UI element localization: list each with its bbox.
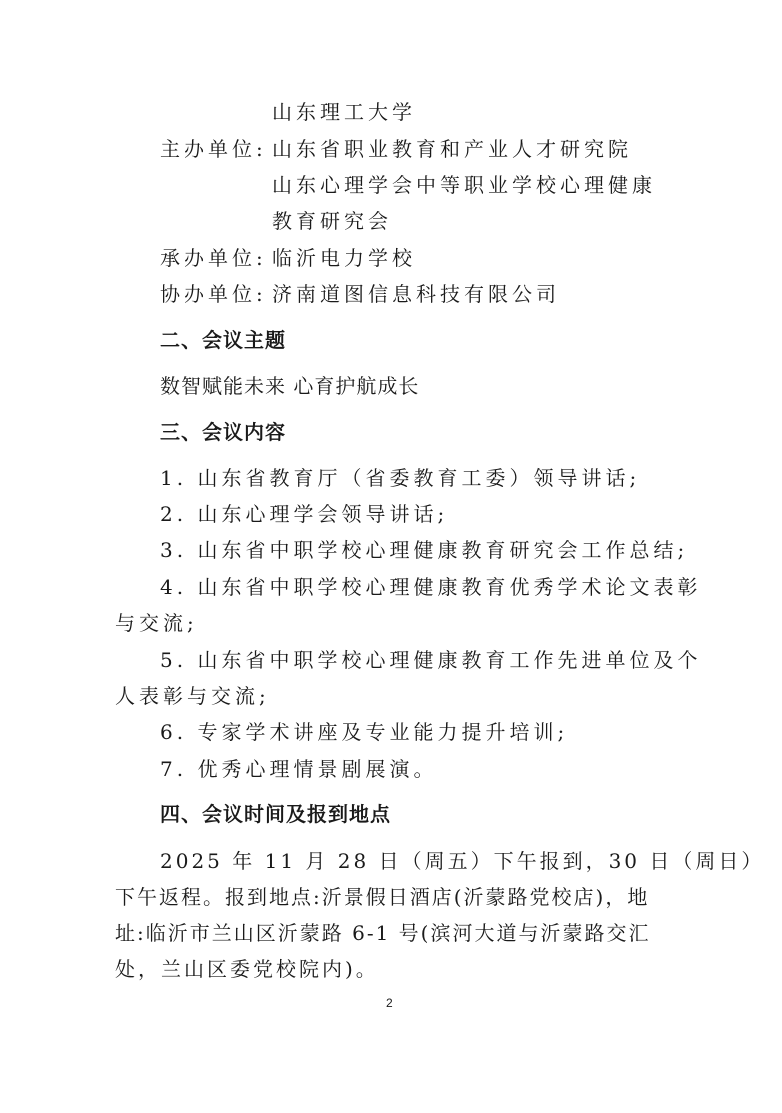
content-item-5-cont: 人表彰与交流; [115,684,270,708]
content-item-3: 3. 山东省中职学校心理健康教育研究会工作总结; [160,538,688,562]
section-heading-time-location: 四、会议时间及报到地点 [160,802,391,826]
content-item-6: 6. 专家学术讲座及专业能力提升培训; [160,720,568,744]
organizer-continued-line: 山东理工大学 [272,100,416,124]
undertaker-label: 承办单位: [160,246,267,270]
content-item-7: 7. 优秀心理情景剧展演。 [160,757,437,781]
host-line-1: 山东省职业教育和产业人才研究院 [272,137,632,161]
time-location-line-2: 下午返程。报到地点:沂景假日酒店(沂蒙路党校店)，地 [115,885,649,909]
theme-text: 数智赋能未来 心育护航成长 [160,374,419,398]
co-organizer-label: 协办单位: [160,282,267,306]
host-label: 主办单位: [160,137,267,161]
co-organizer-value: 济南道图信息科技有限公司 [272,282,560,306]
page-number: 2 [386,996,393,1010]
section-heading-content: 三、会议内容 [160,420,286,444]
time-location-line-3: 址:临沂市兰山区沂蒙路 6-1 号(滨河大道与沂蒙路交汇 [115,921,650,945]
time-location-line-1: 2025 年 11 月 28 日（周五）下午报到，30 日（周日） [160,849,764,873]
content-item-2: 2. 山东心理学会领导讲话; [160,502,448,526]
undertaker-value: 临沂电力学校 [272,246,416,270]
content-item-4-cont: 与交流; [115,611,198,635]
content-item-4: 4. 山东省中职学校心理健康教育优秀学术论文表彰 [160,575,701,599]
content-item-5: 5. 山东省中职学校心理健康教育工作先进单位及个 [160,648,701,672]
host-line-2: 山东心理学会中等职业学校心理健康 [272,173,656,197]
host-line-3: 教育研究会 [272,209,392,233]
section-heading-theme: 二、会议主题 [160,328,286,352]
content-item-1: 1. 山东省教育厅（省委教育工委）领导讲话; [160,466,640,490]
time-location-line-4: 处，兰山区委党校院内)。 [115,957,379,981]
